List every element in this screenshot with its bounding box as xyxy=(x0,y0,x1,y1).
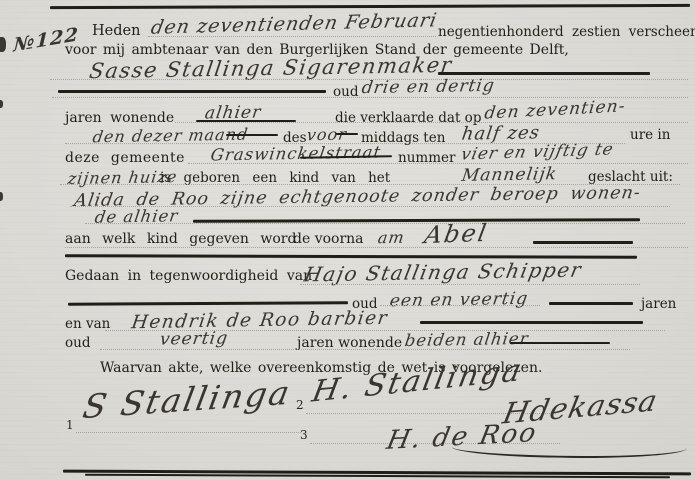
birth-certificate-scan: №122 Heden den zeventienden Februari neg… xyxy=(0,0,695,480)
handwritten-birth-day-1: den zeventien- xyxy=(483,96,627,123)
fill-line-dotted xyxy=(148,36,436,37)
fill-rule xyxy=(193,218,640,222)
fill-rule xyxy=(58,90,326,93)
fill-rule xyxy=(68,301,348,305)
printed-en-van: en van xyxy=(65,316,110,332)
fill-line-dotted xyxy=(85,223,685,224)
printed-deze-gemeente: deze gemeente xyxy=(65,150,185,166)
fill-line-dotted xyxy=(65,247,688,248)
scan-edge-smudge xyxy=(0,100,3,108)
printed-year: negentienhonderd zestien verscheen xyxy=(438,24,695,40)
fill-rule xyxy=(420,321,643,324)
handwritten-child-name: Abel xyxy=(422,219,490,249)
signature-2-number: 2 xyxy=(296,398,304,412)
stroke-dash xyxy=(226,134,278,136)
fill-line-dotted xyxy=(175,122,688,123)
fill-line-dotted xyxy=(188,163,688,164)
signature-1-dotted xyxy=(76,432,301,433)
fill-line-dotted xyxy=(100,349,630,350)
fill-line-dotted xyxy=(380,305,540,306)
stroke-dash xyxy=(336,133,358,135)
handwritten-gender: Mannelijk xyxy=(460,164,558,186)
handwritten-witness-1-age: een en veertig xyxy=(388,289,529,311)
signature-registrar: Hdekassa xyxy=(500,383,661,430)
printed-de-voorna: de voorna xyxy=(293,231,364,247)
handwritten-witness-1: Hajo Stallinga Schipper xyxy=(302,258,584,287)
printed-oud-3: oud xyxy=(65,335,90,351)
signature-1-number: 1 xyxy=(66,418,74,432)
fill-line-dotted xyxy=(300,284,640,285)
printed-gedaan: Gedaan in tegenwoordigheid van xyxy=(65,268,312,284)
fill-rule xyxy=(438,72,650,75)
handwritten-witness-2-age: veertig xyxy=(159,328,230,349)
printed-die-verklaarde: die verklaarde dat op xyxy=(335,110,481,126)
handwritten-birth-time: half zes xyxy=(460,122,541,144)
printed-aan-welk-kind: aan welk kind gegeven word xyxy=(65,231,296,247)
scan-edge-smudge xyxy=(0,37,6,52)
handwritten-date: den zeventienden Februari xyxy=(149,9,439,38)
printed-heden: Heden xyxy=(92,23,140,39)
handwritten-witness-residence: beiden alhier xyxy=(404,329,530,350)
signature-3-number: 3 xyxy=(300,428,308,442)
fill-rule xyxy=(533,241,633,244)
printed-jaren-wonende-1: jaren wonende xyxy=(65,110,174,126)
handwritten-declarant-age: drie en dertig xyxy=(360,76,496,98)
printed-ure-in: ure in xyxy=(630,127,670,143)
handwritten-house-number: vier en vijftig te xyxy=(459,139,615,163)
top-border-rule xyxy=(50,4,690,9)
fill-rule xyxy=(549,302,633,305)
printed-jaren-1: jaren xyxy=(641,296,676,312)
signature-1: S Stallinga xyxy=(80,373,294,426)
handwritten-street: Graswinckelstraat xyxy=(209,143,382,165)
handwritten-voornaam-suffix: am xyxy=(377,228,406,247)
scan-edge-smudge xyxy=(0,192,3,201)
fill-rule xyxy=(510,342,610,344)
handwritten-daypart: voor xyxy=(306,125,349,145)
registrar-underline-flourish xyxy=(452,442,687,460)
